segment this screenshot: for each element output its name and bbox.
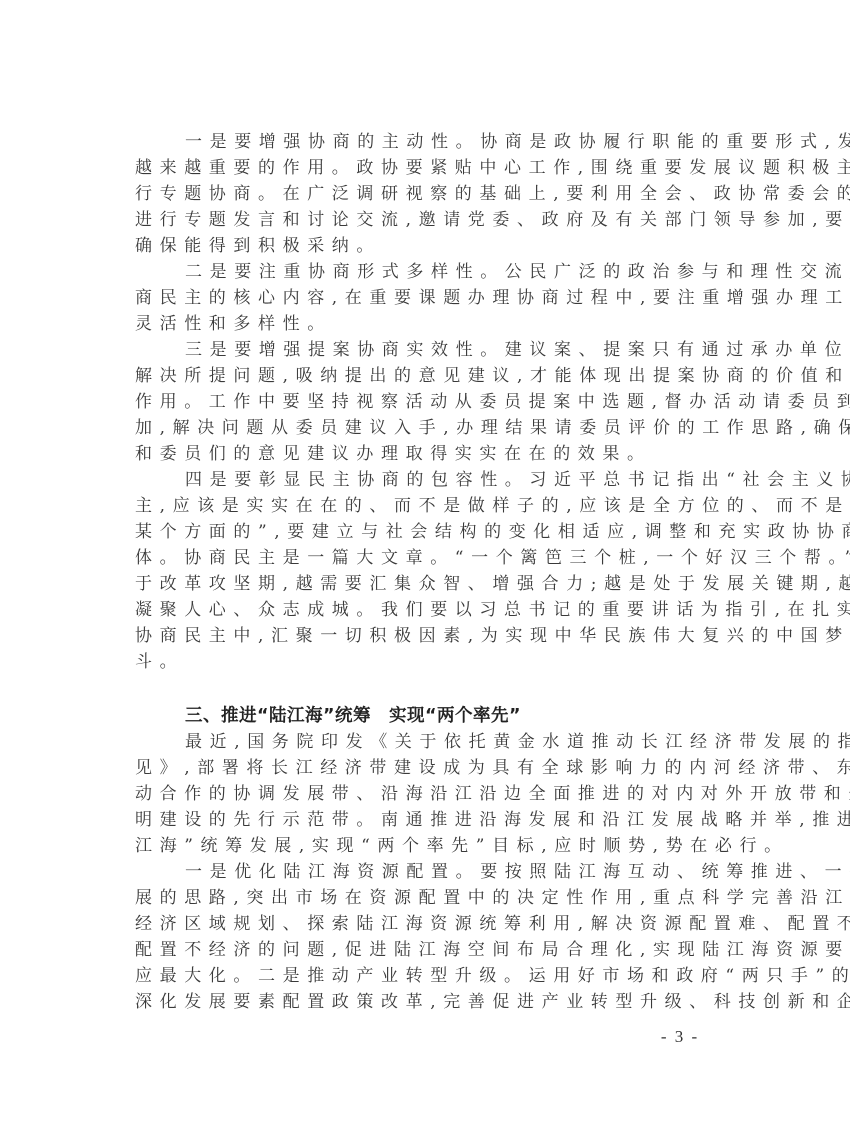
text-line: 体。协商民主是一篇大文章。“一个篱笆三个桩,一个好汉三个帮。”越是处 — [135, 545, 719, 571]
text-line: 越来越重要的作用。政协要紧贴中心工作,围绕重要发展议题积极主动进 — [135, 155, 719, 181]
text-line: 四是要彰显民主协商的包容性。习近平总书记指出“社会主义协商民 — [135, 467, 719, 493]
text-line: 展的思路,突出市场在资源配置中的决定性作用,重点科学完善沿江、沿海 — [135, 885, 719, 911]
paragraph-resource-allocation: 一是优化陆江海资源配置。要按照陆江海互动、统筹推进、一体化发 展的思路,突出市场… — [135, 859, 719, 1015]
paragraph-effectiveness: 三是要增强提案协商实效性。建议案、提案只有通过承办单位办理, 解决所提问题,吸纳… — [135, 337, 719, 467]
text-line: 配置不经济的问题,促进陆江海空间布局合理化,实现陆江海资源要素效 — [135, 937, 719, 963]
text-line: 一是要增强协商的主动性。协商是政协履行职能的重要形式,发挥着 — [135, 129, 719, 155]
text-line: 见》,部署将长江经济带建设成为具有全球影响力的内河经济带、东中西互 — [135, 755, 719, 781]
text-line: 凝聚人心、众志成城。我们要以习总书记的重要讲话为指引,在扎实推进 — [135, 597, 719, 623]
document-page: 一是要增强协商的主动性。协商是政协履行职能的重要形式,发挥着 越来越重要的作用。… — [0, 0, 850, 1146]
text-line: 最近,国务院印发《关于依托黄金水道推动长江经济带发展的指导意 — [135, 729, 719, 755]
text-line: 应最大化。二是推动产业转型升级。运用好市场和政府“两只手”的作用, — [135, 963, 719, 989]
text-line: 江海”统筹发展,实现“两个率先”目标,应时顺势,势在必行。 — [135, 833, 719, 859]
text-line: 一是优化陆江海资源配置。要按照陆江海互动、统筹推进、一体化发 — [135, 859, 719, 885]
text-line: 主,应该是实实在在的、而不是做样子的,应该是全方位的、而不是局限在 — [135, 493, 719, 519]
text-line: 和委员们的意见建议办理取得实实在在的效果。 — [135, 441, 719, 467]
text-line: 协商民主中,汇聚一切积极因素,为实现中华民族伟大复兴的中国梦而奋 — [135, 623, 719, 649]
text-line: 深化发展要素配置政策改革,完善促进产业转型升级、科技创新和企业发 — [135, 989, 719, 1015]
text-line: 行专题协商。在广泛调研视察的基础上,要利用全会、政协常委会的形式 — [135, 181, 719, 207]
paragraph-diversity: 二是要注重协商形式多样性。公民广泛的政治参与和理性交流,是协 商民主的核心内容,… — [135, 259, 719, 337]
text-line: 二是要注重协商形式多样性。公民广泛的政治参与和理性交流,是协 — [135, 259, 719, 285]
text-line: 解决所提问题,吸纳提出的意见建议,才能体现出提案协商的价值和重要 — [135, 363, 719, 389]
text-line: 明建设的先行示范带。南通推进沿海发展和沿江发展战略并举,推进“陆 — [135, 807, 719, 833]
paragraph-yangtze-guidance: 最近,国务院印发《关于依托黄金水道推动长江经济带发展的指导意 见》,部署将长江经… — [135, 729, 719, 859]
paragraph-initiative: 一是要增强协商的主动性。协商是政协履行职能的重要形式,发挥着 越来越重要的作用。… — [135, 129, 719, 259]
text-line: 于改革攻坚期,越需要汇集众智、增强合力;越是处于发展关键期,越需要 — [135, 571, 719, 597]
text-line: 作用。工作中要坚持视察活动从委员提案中选题,督办活动请委员到场参 — [135, 389, 719, 415]
text-line: 加,解决问题从委员建议入手,办理结果请委员评价的工作思路,确保政协 — [135, 415, 719, 441]
paragraph-inclusiveness: 四是要彰显民主协商的包容性。习近平总书记指出“社会主义协商民 主,应该是实实在在… — [135, 467, 719, 675]
page-number: - 3 - — [640, 1027, 720, 1047]
text-line: 经济区域规划、探索陆江海资源统筹利用,解决资源配置难、配置不合理、 — [135, 911, 719, 937]
text-line: 进行专题发言和讨论交流,邀请党委、政府及有关部门领导参加,要有措施 — [135, 207, 719, 233]
text-line: 斗。 — [135, 649, 719, 675]
text-line: 动合作的协调发展带、沿海沿江沿边全面推进的对内对外开放带和生态文 — [135, 781, 719, 807]
text-line: 确保能得到积极采纳。 — [135, 233, 719, 259]
text-line: 商民主的核心内容,在重要课题办理协商过程中,要注重增强办理工作的 — [135, 285, 719, 311]
section-heading: 三、推进“陆江海”统筹 实现“两个率先” — [135, 703, 719, 729]
section-gap — [135, 675, 719, 703]
text-line: 某个方面的”,要建立与社会结构的变化相适应,调整和充实政协协商的主 — [135, 519, 719, 545]
text-line: 三是要增强提案协商实效性。建议案、提案只有通过承办单位办理, — [135, 337, 719, 363]
body-text: 一是要增强协商的主动性。协商是政协履行职能的重要形式,发挥着 越来越重要的作用。… — [135, 129, 719, 1015]
text-line: 灵活性和多样性。 — [135, 311, 719, 337]
